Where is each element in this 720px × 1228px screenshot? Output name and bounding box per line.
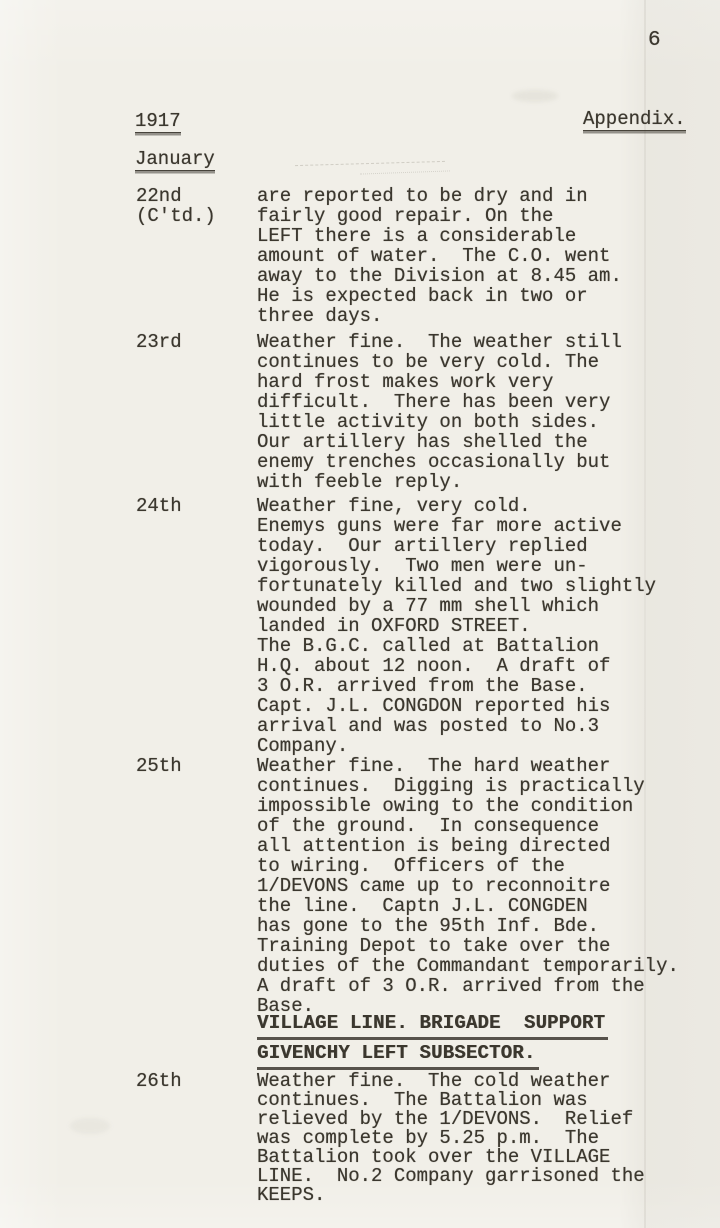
appendix-heading-text: Appendix. <box>583 109 686 131</box>
appendix-heading: Appendix. <box>583 109 686 131</box>
month-heading-text: January <box>135 149 215 171</box>
pencil-mark <box>295 161 445 166</box>
entry-body-24th: Weather fine, very cold. Enemys guns wer… <box>257 496 656 756</box>
section-heading-line1: VILLAGE LINE. BRIGADE SUPPORT <box>257 1010 608 1040</box>
entry-body-26th: Weather fine. The cold weather continues… <box>257 1072 645 1205</box>
year-heading: 1917 <box>135 111 181 133</box>
entry-date-25th: 25th <box>136 756 182 776</box>
entry-body-23rd: Weather fine. The weather still continue… <box>257 332 622 492</box>
entry-date-24th: 24th <box>136 496 182 516</box>
entry-date-26th: 26th <box>136 1072 182 1091</box>
paper-smudge <box>70 1118 110 1134</box>
entry-date-23rd: 23rd <box>136 332 182 352</box>
entry-date-22nd: 22nd (C'td.) <box>136 186 216 226</box>
section-heading: VILLAGE LINE. BRIGADE SUPPORTGIVENCHY LE… <box>257 1010 608 1070</box>
month-heading: January <box>135 149 215 171</box>
scanned-war-diary-page: { "ink_color": "#3b372e", "paper_color":… <box>0 0 720 1228</box>
entry-body-25th: Weather fine. The hard weather continues… <box>257 756 679 1016</box>
year-heading-text: 1917 <box>135 111 181 133</box>
section-heading-line2: GIVENCHY LEFT SUBSECTOR. <box>257 1040 539 1070</box>
entry-body-22nd: are reported to be dry and in fairly goo… <box>257 186 622 326</box>
pencil-mark <box>360 170 450 174</box>
page-number: 6 <box>648 31 661 51</box>
paper-smudge <box>512 90 558 102</box>
